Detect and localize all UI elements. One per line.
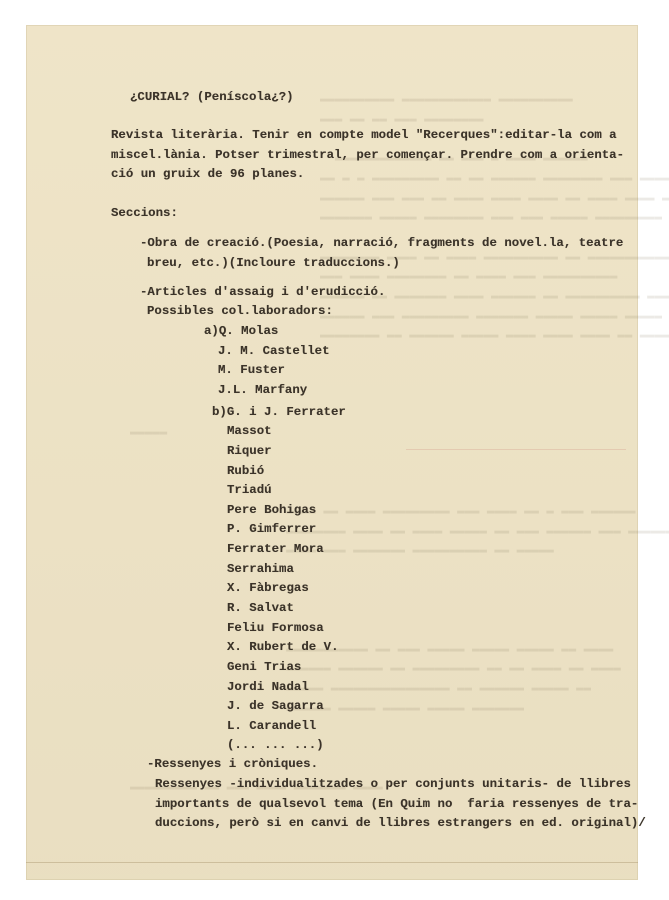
group-b-name: Rubió: [227, 464, 264, 478]
group-b-ellipsis: (... ... ...): [227, 738, 324, 752]
group-a-name: J. M. Castellet: [218, 344, 330, 358]
section-reviews: -Ressenyes i cròniques.: [147, 757, 318, 771]
group-b-name: R. Salvat: [227, 601, 294, 615]
document-title: ¿CURIAL? (Peníscola¿?): [130, 90, 294, 104]
intro-line-3: ció un gruix de 96 planes.: [111, 167, 304, 181]
group-b-name: Jordi Nadal: [227, 680, 309, 694]
group-b-label: b)G. i J. Ferrater: [212, 405, 346, 419]
reviews-body-line-3: duccions, però si en canvi de llibres es…: [155, 816, 646, 830]
group-b-name: X. Fàbregas: [227, 581, 309, 595]
group-b-name: Massot: [227, 424, 272, 438]
reviews-body-line-1: Ressenyes -individualitzades o per conju…: [155, 777, 631, 791]
group-a-name: J.L. Marfany: [218, 383, 307, 397]
group-b-name: Pere Bohigas: [227, 503, 316, 517]
section-articles: -Articles d'assaig i d'erudicció.: [140, 285, 385, 299]
group-a-label: a)Q. Molas: [204, 324, 278, 338]
group-b-name: Geni Trias: [227, 660, 301, 674]
paper-stain: [406, 449, 626, 450]
group-b-name: Ferrater Mora: [227, 542, 324, 556]
sections-heading: Seccions:: [111, 206, 178, 220]
group-b-name: Serrahima: [227, 562, 294, 576]
group-b-name: P. Gimferrer: [227, 522, 316, 536]
reviews-body-line-2: importants de qualsevol tema (En Quim no…: [155, 797, 638, 811]
section-creation-line-2: breu, etc.)(Incloure traduccions.): [147, 256, 400, 270]
intro-line-2: miscel.lània. Potser trimestral, per com…: [111, 148, 624, 162]
group-b-name: X. Rubert de V.: [227, 640, 339, 654]
section-creation-line-1: -Obra de creació.(Poesia, narració, frag…: [140, 236, 623, 250]
page-fold-line: [26, 862, 638, 863]
group-b-name: Feliu Formosa: [227, 621, 324, 635]
group-b-name: L. Carandell: [227, 719, 316, 733]
intro-line-1: Revista literària. Tenir en compte model…: [111, 128, 617, 142]
group-a-name: M. Fuster: [218, 363, 285, 377]
group-b-name: Riquer: [227, 444, 272, 458]
collaborators-label: Possibles col.laboradors:: [147, 304, 333, 318]
group-b-name: J. de Sagarra: [227, 699, 324, 713]
group-b-name: Triadú: [227, 483, 272, 497]
